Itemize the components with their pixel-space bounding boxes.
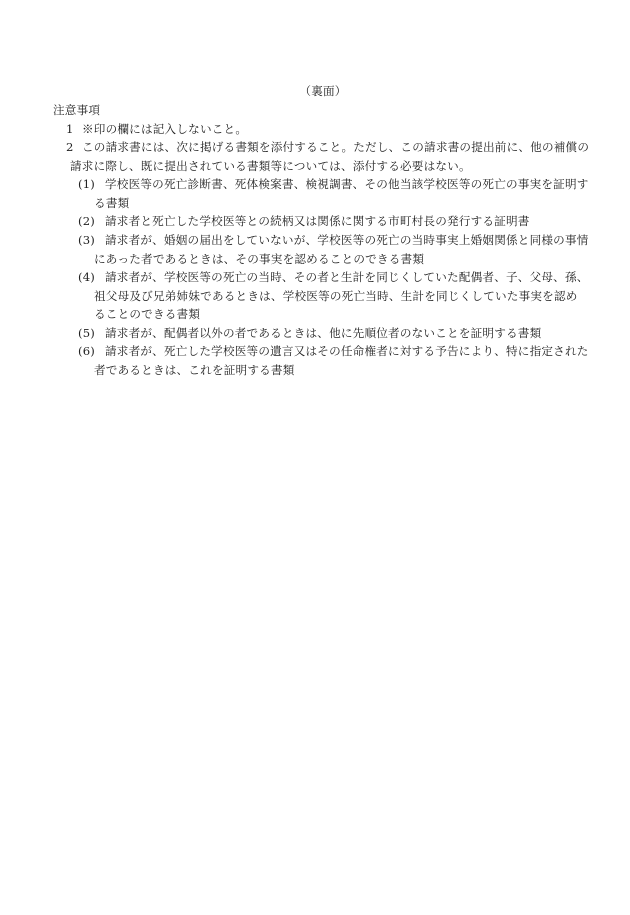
item-text-line1: この請求書には、次に掲げる書類を添付すること。ただし、この請求書の提出前に、他の… bbox=[82, 140, 589, 154]
subitem-number: (6) bbox=[78, 344, 105, 358]
subitem-2: (2)請求者と死亡した学校医等との続柄又は関係に関する市町村長の発行する証明書 bbox=[78, 214, 530, 228]
subitem-5: (5)請求者が、配偶者以外の者であるときは、他に先順位者のないことを証明する書類 bbox=[78, 326, 541, 340]
subitem-text: 学校医等の死亡診断書、死体検案書、検視調書、その他当該学校医等の死亡の事実を証明… bbox=[105, 177, 589, 191]
subitem-number: (4) bbox=[78, 270, 105, 284]
notes-title: 注意事項 bbox=[53, 103, 100, 117]
document-page: （裏面） 注意事項 1※印の欄には記入しないこと。 2この請求書には、次に掲げる… bbox=[0, 0, 630, 915]
subitem-number: (5) bbox=[78, 326, 105, 340]
item-number: 1 bbox=[66, 122, 82, 136]
subitem-4: (4)請求者が、学校医等の死亡の当時、その者と生計を同じくしていた配偶者、子、父… bbox=[78, 270, 589, 284]
subitem-number: (3) bbox=[78, 233, 105, 247]
subitem-number: (2) bbox=[78, 214, 105, 228]
subitem-3: (3)請求者が、婚姻の届出をしていないが、学校医等の死亡の当時事実上婚姻関係と同… bbox=[78, 233, 589, 247]
subitem-6: (6)請求者が、死亡した学校医等の遺言又はその任命権者に対する予告により、特に指… bbox=[78, 344, 589, 358]
subitem-1: (1)学校医等の死亡診断書、死体検案書、検視調書、その他当該学校医等の死亡の事実… bbox=[78, 177, 589, 191]
subitem-4-continuation-2: ることのできる書類 bbox=[94, 307, 200, 321]
subitem-text: 請求者が、配偶者以外の者であるときは、他に先順位者のないことを証明する書類 bbox=[105, 326, 541, 340]
subitem-6-continuation: 者であるときは、これを証明する書類 bbox=[94, 363, 295, 377]
item-text: ※印の欄には記入しないこと。 bbox=[82, 122, 247, 136]
item-number: 2 bbox=[66, 140, 82, 154]
subitem-4-continuation-1: 祖父母及び兄弟姉妹であるときは、学校医等の死亡当時、生計を同じくしていた事実を認… bbox=[94, 289, 578, 303]
subitem-3-continuation: にあった者であるときは、その事実を認めることのできる書類 bbox=[94, 252, 424, 266]
note-item-2-continuation: 請求に際し、既に提出されている書類等については、添付する必要はない。 bbox=[70, 159, 471, 173]
subitem-text: 請求者が、婚姻の届出をしていないが、学校医等の死亡の当時事実上婚姻関係と同様の事… bbox=[105, 233, 589, 247]
subitem-number: (1) bbox=[78, 177, 105, 191]
subitem-1-continuation: る書類 bbox=[94, 196, 129, 210]
subitem-text: 請求者が、学校医等の死亡の当時、その者と生計を同じくしていた配偶者、子、父母、孫… bbox=[105, 270, 589, 284]
note-item-2: 2この請求書には、次に掲げる書類を添付すること。ただし、この請求書の提出前に、他… bbox=[66, 140, 589, 154]
subitem-text: 請求者と死亡した学校医等との続柄又は関係に関する市町村長の発行する証明書 bbox=[105, 214, 530, 228]
subitem-text: 請求者が、死亡した学校医等の遺言又はその任命権者に対する予告により、特に指定され… bbox=[105, 344, 589, 358]
note-item-1: 1※印の欄には記入しないこと。 bbox=[66, 122, 247, 136]
side-label: （裏面） bbox=[0, 84, 630, 98]
